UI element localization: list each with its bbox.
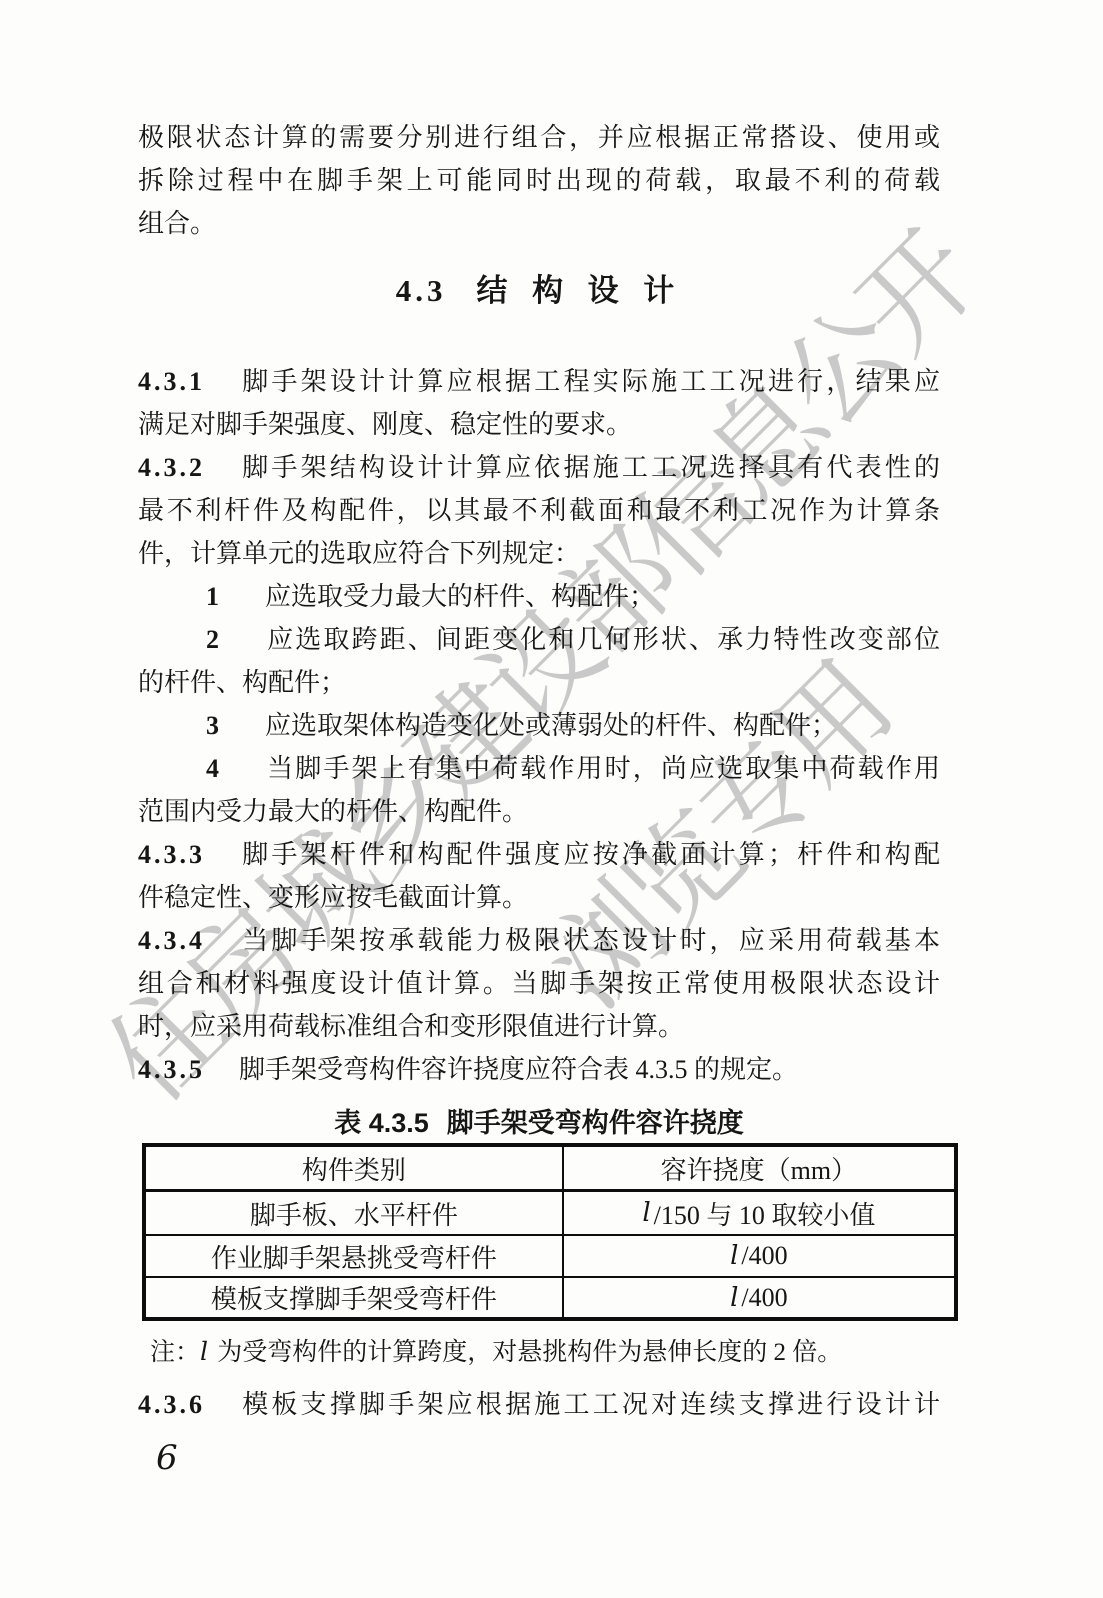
- clause-label: 4.3.1: [138, 367, 205, 396]
- list-item-3: 3应选取架体构造变化处或薄弱处的杆件、构配件；: [138, 704, 940, 747]
- item-number: 3: [206, 711, 219, 740]
- clause-4-3-4-line-2: 组合和材料强度设计值计算。当脚手架按正常使用极限状态设计: [138, 962, 940, 1005]
- clause-4-3-5-line-1: 4.3.5脚手架受弯构件容许挠度应符合表 4.3.5 的规定。: [138, 1048, 940, 1091]
- clause-4-3-3-line-2: 件稳定性、变形应按毛截面计算。: [138, 876, 940, 919]
- variable-l: l: [200, 1337, 211, 1366]
- list-item-2-line-2: 的杆件、构配件；: [138, 661, 940, 704]
- table-title-label: 表 4.3.5: [334, 1108, 429, 1138]
- note-text: 为受弯构件的计算跨度，对悬挑构件为悬伸长度的 2 倍。: [211, 1339, 842, 1366]
- value-text: /400: [741, 1241, 787, 1271]
- deflection-table: 构件类别 容许挠度（mm） 脚手板、水平杆件 l/150 与 10 取较小值 作…: [142, 1143, 958, 1321]
- value-text: /150 与 10 取较小值: [654, 1195, 876, 1232]
- table-header-row: 构件类别 容许挠度（mm）: [146, 1147, 954, 1189]
- table-header-category: 构件类别: [146, 1147, 564, 1189]
- clause-4-3-2-line-2: 最不利杆件及构配件，以其最不利截面和最不利工况作为计算条: [138, 489, 940, 532]
- item-number: 2: [206, 625, 219, 654]
- table-row: 作业脚手架悬挑受弯杆件 l/400: [146, 1234, 954, 1276]
- clause-4-3-4-line-3: 时，应采用荷载标准组合和变形限值进行计算。: [138, 1005, 940, 1048]
- item-number: 1: [206, 582, 219, 611]
- intro-line-1: 极限状态计算的需要分别进行组合，并应根据正常搭设、使用或: [138, 116, 940, 159]
- clause-4-3-2-line-3: 件，计算单元的选取应符合下列规定：: [138, 532, 940, 575]
- clause-label: 4.3.3: [138, 840, 205, 869]
- clause-label: 4.3.5: [138, 1055, 205, 1084]
- clause-label: 4.3.4: [138, 926, 205, 955]
- table-cell-value: l/150 与 10 取较小值: [564, 1192, 954, 1234]
- table-row: 脚手板、水平杆件 l/150 与 10 取较小值: [146, 1189, 954, 1234]
- clause-text: 模板支撑脚手架应根据施工工况对连续支撑进行设计计: [239, 1390, 940, 1419]
- clause-4-3-1-line-2: 满足对脚手架强度、刚度、稳定性的要求。: [138, 403, 940, 446]
- list-item-2-line-1: 2应选取跨距、间距变化和几何形状、承力特性改变部位: [138, 618, 940, 661]
- variable-l: l: [730, 1283, 741, 1313]
- section-title: 结 构 设 计: [476, 273, 682, 308]
- intro-line-3: 组合。: [138, 202, 940, 245]
- clause-label: 4.3.2: [138, 453, 205, 482]
- table-cell-value: l/400: [564, 1278, 954, 1317]
- clause-text: 当脚手架按承载能力极限状态设计时，应采用荷载基本: [239, 926, 940, 955]
- clause-4-3-1-line-1: 4.3.1脚手架设计计算应根据工程实际施工工况进行，结果应: [138, 360, 940, 403]
- clause-text: 脚手架结构设计计算应依据施工工况选择具有代表性的: [239, 453, 940, 482]
- section-number: 4.3: [396, 273, 447, 308]
- table-title: 表 4.3.5脚手架受弯构件容许挠度: [138, 1104, 940, 1142]
- list-item-4-line-2: 范围内受力最大的杆件、构配件。: [138, 790, 940, 833]
- item-text: 应选取受力最大的杆件、构配件；: [265, 582, 655, 611]
- variable-l: l: [642, 1198, 653, 1228]
- list-item-4-line-1: 4当脚手架上有集中荷载作用时，尚应选取集中荷载作用: [138, 747, 940, 790]
- page-number: 6: [156, 1436, 178, 1480]
- clause-label: 4.3.6: [138, 1390, 205, 1419]
- table-header-value: 容许挠度（mm）: [564, 1147, 954, 1189]
- table-row: 模板支撑脚手架受弯杆件 l/400: [146, 1276, 954, 1317]
- clause-4-3-4-line-1: 4.3.4当脚手架按承载能力极限状态设计时，应采用荷载基本: [138, 919, 940, 962]
- table-cell-category: 脚手板、水平杆件: [146, 1192, 564, 1234]
- section-heading: 4.3结 构 设 计: [138, 268, 940, 314]
- variable-l: l: [730, 1241, 741, 1271]
- list-item-1: 1应选取受力最大的杆件、构配件；: [138, 575, 940, 618]
- document-page: 住房城乡建设部信息公开 浏览专用 极限状态计算的需要分别进行组合，并应根据正常搭…: [0, 0, 1103, 1598]
- table-cell-value: l/400: [564, 1236, 954, 1276]
- clause-text: 脚手架受弯构件容许挠度应符合表 4.3.5 的规定。: [239, 1055, 798, 1084]
- table-cell-category: 作业脚手架悬挑受弯杆件: [146, 1236, 564, 1276]
- value-text: /400: [741, 1283, 787, 1313]
- note-prefix: 注：: [150, 1339, 200, 1366]
- intro-line-2: 拆除过程中在脚手架上可能同时出现的荷载，取最不利的荷载: [138, 159, 940, 202]
- item-text: 应选取跨距、间距变化和几何形状、承力特性改变部位: [265, 625, 940, 654]
- clause-text: 脚手架杆件和构配件强度应按净截面计算；杆件和构配: [239, 840, 940, 869]
- table-note: 注：l 为受弯构件的计算跨度，对悬挑构件为悬伸长度的 2 倍。: [150, 1335, 940, 1369]
- table-title-text: 脚手架受弯构件容许挠度: [447, 1108, 744, 1138]
- item-text: 应选取架体构造变化处或薄弱处的杆件、构配件；: [265, 711, 837, 740]
- item-number: 4: [206, 754, 219, 783]
- clause-4-3-3-line-1: 4.3.3脚手架杆件和构配件强度应按净截面计算；杆件和构配: [138, 833, 940, 876]
- clause-text: 脚手架设计计算应根据工程实际施工工况进行，结果应: [239, 367, 940, 396]
- item-text: 当脚手架上有集中荷载作用时，尚应选取集中荷载作用: [265, 754, 940, 783]
- clause-4-3-6-line-1: 4.3.6模板支撑脚手架应根据施工工况对连续支撑进行设计计: [138, 1383, 940, 1426]
- clause-4-3-2-line-1: 4.3.2脚手架结构设计计算应依据施工工况选择具有代表性的: [138, 446, 940, 489]
- table-cell-category: 模板支撑脚手架受弯杆件: [146, 1278, 564, 1317]
